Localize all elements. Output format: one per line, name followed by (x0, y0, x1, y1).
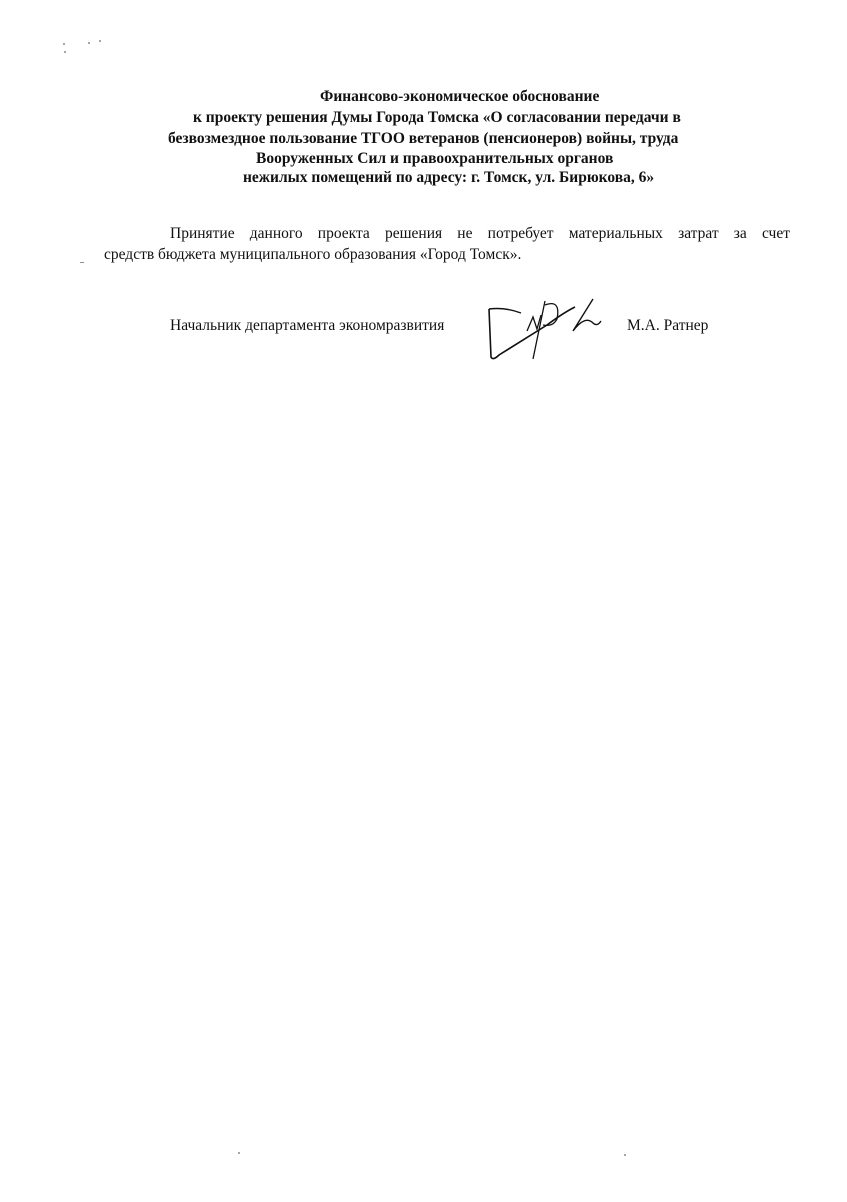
body-paragraph-line-1: Принятие данного проекта решения не потр… (170, 223, 790, 244)
scan-speck (64, 51, 66, 53)
scan-speck (238, 1152, 240, 1154)
heading-line-3: безвозмездное пользование ТГОО ветеранов… (168, 128, 678, 149)
signature-icon (485, 295, 615, 365)
scan-speck (88, 42, 90, 44)
heading-line-1: Финансово-экономическое обоснование (320, 86, 599, 107)
heading-line-2: к проекту решения Думы Города Томска «О … (193, 107, 681, 128)
scan-speck (63, 43, 65, 45)
scan-speck (99, 40, 101, 42)
scan-speck (80, 262, 84, 263)
signatory-position: Начальник департамента экономразвития (170, 317, 444, 335)
heading-line-5: нежилых помещений по адресу: г. Томск, у… (243, 167, 654, 188)
heading-line-4: Вооруженных Сил и правоохранительных орг… (256, 148, 613, 169)
body-paragraph-line-2: средств бюджета муниципального образован… (104, 244, 521, 265)
signatory-name: М.А. Ратнер (627, 317, 708, 335)
scan-speck (624, 1154, 626, 1156)
